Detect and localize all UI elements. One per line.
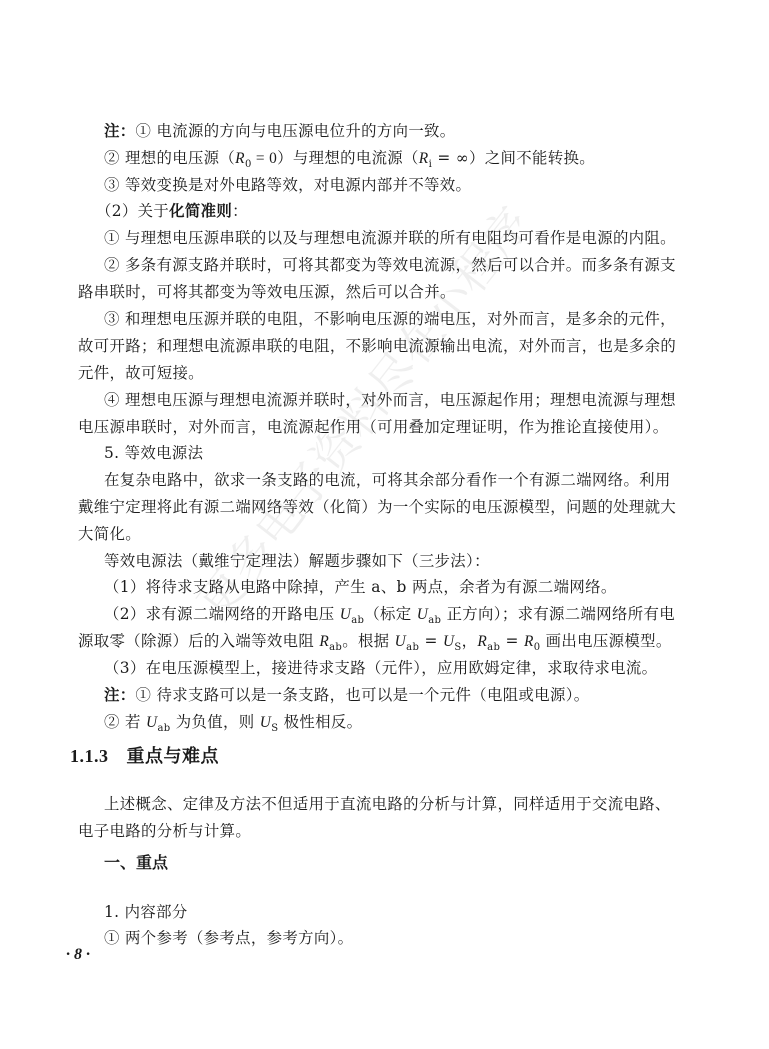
math-sub: ab [157, 723, 170, 734]
math-U: U [340, 606, 351, 623]
step-1: （1）将待求支路从电路中除掉，产生 a、b 两点，余者为有源二端网络。 [104, 577, 617, 597]
math-R: R [419, 150, 429, 167]
section-5-title: 5. 等效电源法 [104, 443, 203, 463]
text: （标定 [364, 605, 416, 623]
note-label: 注： [104, 122, 135, 140]
note2-line-1: 注：① 待求支路可以是一条支路，也可以是一个元件（电阻或电源）。 [104, 685, 590, 705]
document-page: 更多电子资料尽在小程序 注：① 电流源的方向与电压源电位升的方向一致。 ② 理想… [0, 0, 769, 1049]
note-text: ① 待求支路可以是一条支路，也可以是一个元件（电阻或电源）。 [135, 686, 589, 704]
rule-1: ① 与理想电压源串联的以及与理想电流源并联的所有电阻均可看作是电源的内阻。 [104, 228, 676, 248]
rule-3b: 故可开路；和理想电流源串联的电阻，不影响电流源输出电流，对外而言，也是多余的 [78, 336, 676, 356]
content-part-title: 1. 内容部分 [104, 902, 188, 922]
text: 为负值，则 [171, 713, 260, 731]
math-U: U [146, 714, 157, 731]
note-line-2: ② 理想的电压源（R0 = 0）与理想的电流源（Ri = ∞）之间不能转换。 [104, 148, 595, 175]
text: 源取零（除源）后的入端等效电阻 [78, 632, 319, 650]
section-title: 重点与难点 [127, 746, 220, 767]
math-sub: ab [428, 615, 441, 626]
rule-3a: ③ 和理想电压源并联的电阻，不影响电压源的端电压，对外而言，是多余的元件， [104, 309, 676, 329]
math-U: U [443, 633, 454, 650]
subheading: 一、重点 [104, 850, 168, 873]
text: 极性相反。 [278, 713, 362, 731]
step-3: （3）在电压源模型上，接进待求支路（元件），应用欧姆定律，求取待求电流。 [104, 658, 657, 678]
rule-heading: （2）关于化简准则： [96, 201, 248, 221]
text: = 0）与理想的电流源（ [252, 150, 419, 167]
step-2a: （2）求有源二端网络的开路电压 Uab（标定 Uab 正方向）；求有源二端网络所… [104, 604, 675, 631]
para-1b: 戴维宁定理将此有源二端网络等效（化简）为一个实际的电压源模型，问题的处理就大 [78, 497, 676, 517]
text: 画出电压源模型。 [540, 632, 671, 650]
math-U: U [417, 606, 428, 623]
math-sub: 0 [245, 159, 252, 170]
text: ② 若 [104, 713, 146, 731]
steps-intro: 等效电源法（戴维宁定理法）解题步骤如下（三步法）： [104, 551, 490, 571]
math-U: U [395, 633, 406, 650]
math-sub: ab [487, 642, 500, 653]
math-R: R [319, 633, 329, 650]
math-R: R [235, 150, 245, 167]
rule-4b: 电压源串联时，对外而言，电流源起作用（可用叠加定理证明，作为推论直接使用）。 [78, 417, 668, 437]
math-sub: ab [329, 642, 342, 653]
text: 。根据 [342, 632, 394, 650]
section-heading: 1.1.3重点与难点 [70, 742, 219, 768]
text: （2）求有源二端网络的开路电压 [104, 605, 340, 623]
rule-4a: ④ 理想电压源与理想电流源并联时，对外而言，电压源起作用；理想电流源与理想 [104, 390, 676, 410]
summary-line-1: 上述概念、定律及方法不但适用于直流电路的分析与计算，同样适用于交流电路、 [104, 794, 671, 814]
math-sub: ab [351, 615, 364, 626]
math-sub: ab [406, 642, 419, 653]
math-U: U [260, 714, 271, 731]
section-number: 1.1.3 [70, 746, 109, 766]
para-1c: 大简化。 [78, 524, 141, 544]
text: ， [462, 632, 478, 650]
para-1a: 在复杂电路中，欲求一条支路的电流，可将其余部分看作一个有源二端网络。利用 [104, 470, 671, 490]
note-label: 注： [104, 686, 135, 704]
note-line-3: ③ 等效变换是对外电路等效，对电源内部并不等效。 [104, 175, 471, 195]
rule-2a: ② 多条有源支路并联时，可将其都变为等效电流源，然后可以合并。而多条有源支 [104, 255, 676, 275]
rule-3c: 元件，故可短接。 [78, 363, 204, 383]
note2-line-2: ② 若 Uab 为负值，则 US 极性相反。 [104, 712, 362, 739]
note-line-1: 注：① 电流源的方向与电压源电位升的方向一致。 [104, 121, 456, 141]
bold-term: 化简准则 [169, 202, 232, 220]
text: = [500, 632, 524, 650]
summary-line-2: 电子电路的分析与计算。 [78, 821, 251, 841]
math-R: R [524, 633, 534, 650]
text: 正方向）；求有源二端网络所有电 [441, 605, 675, 623]
text: （2）关于 [96, 202, 169, 220]
content-item-1: ① 两个参考（参考点，参考方向）。 [104, 928, 353, 948]
text: = [419, 632, 443, 650]
math-sub: S [454, 642, 461, 653]
math-R: R [477, 633, 487, 650]
text: ： [232, 202, 248, 220]
text: = ∞）之间不能转换。 [432, 149, 595, 167]
page-number: · 8 · [66, 946, 90, 964]
rule-2b: 路串联时，可将其都变为等效电压源，然后可以合并。 [78, 282, 456, 302]
note-text: ① 电流源的方向与电压源电位升的方向一致。 [135, 122, 455, 140]
text: ② 理想的电压源（ [104, 149, 235, 167]
step-2b: 源取零（除源）后的入端等效电阻 Rab。根据 Uab = US，Rab = R0… [78, 631, 672, 658]
